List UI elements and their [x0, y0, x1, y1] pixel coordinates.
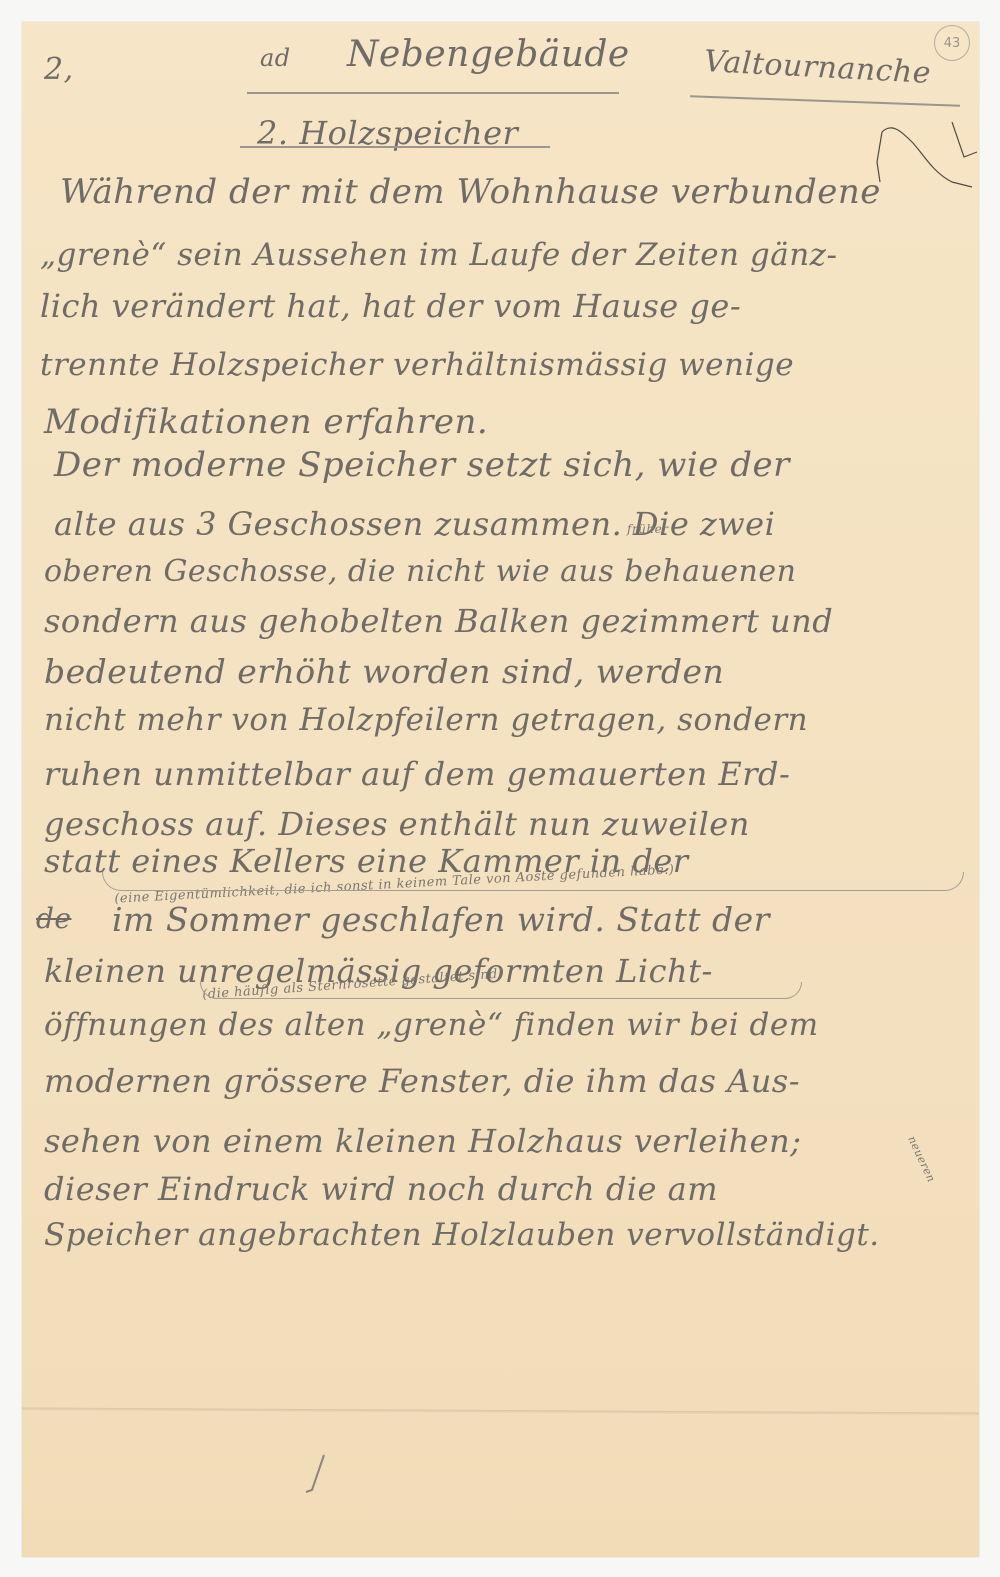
text-line-18: modernen grössere Fenster, die ihm das A… [44, 1062, 800, 1100]
drawn-line-sketch [872, 102, 982, 192]
text-line-3: lich verändert hat, hat der vom Hause ge… [40, 287, 741, 325]
insertion-frueher: früher [627, 522, 668, 536]
insertion-bracket-1 [102, 872, 964, 891]
text-line-1: Während der mit dem Wohnhause verbundene [60, 172, 881, 212]
title-prefix: ad [260, 44, 291, 72]
text-line-13: geschoss auf. Dieses enthält nun zuweile… [44, 805, 750, 843]
stray-pencil-mark [302, 1452, 332, 1502]
text-line-9: sondern aus gehobelten Balken gezimmert … [44, 602, 833, 640]
text-line-4: trennte Holzspeicher verhältnismässig we… [40, 347, 794, 383]
insertion-bracket-2 [200, 982, 802, 999]
text-line-21: Speicher angebrachten Holzlauben vervoll… [44, 1217, 880, 1253]
subtitle-underline [240, 146, 550, 148]
text-line-17: öffnungen des alten „grenè“ finden wir b… [44, 1007, 819, 1043]
text-line-6: Der moderne Speicher setzt sich, wie der [54, 445, 790, 485]
margin-insertion-neueren: neueren [905, 1134, 938, 1184]
text-line-10: bedeutend erhöht worden sind, werden [44, 652, 724, 691]
paper-fold-line [22, 1407, 979, 1416]
section-number: 2, [44, 52, 74, 87]
text-line-20: dieser Eindruck wird noch durch die am [44, 1170, 718, 1208]
text-line-2: „grenè“ sein Aussehen im Laufe der Zeite… [40, 237, 837, 273]
text-line-5: Modifikationen erfahren. [44, 402, 488, 442]
location-heading: Valtournanche [703, 44, 932, 91]
text-line-8: oberen Geschosse, die nicht wie aus beha… [44, 554, 796, 589]
title: Nebengebäude [347, 34, 630, 75]
struck-word: de [36, 902, 72, 935]
text-line-15: im Sommer geschlafen wird. Statt der [112, 900, 770, 939]
text-line-12: ruhen unmittelbar auf dem gemauerten Erd… [44, 755, 790, 793]
text-line-11: nicht mehr von Holzpfeilern getragen, so… [44, 702, 808, 738]
manuscript-page: 43 2, ad Nebengebäude Valtournanche 2. H… [22, 22, 979, 1557]
circled-page-number: 43 [934, 25, 970, 61]
text-line-19: sehen von einem kleinen Holzhaus verleih… [44, 1122, 801, 1160]
title-underline [247, 92, 619, 94]
